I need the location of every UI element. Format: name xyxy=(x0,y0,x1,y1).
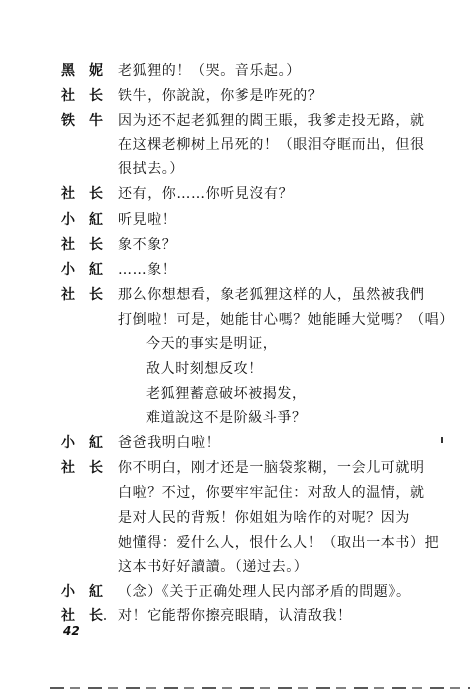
dialogue-text: 象不象？ xyxy=(118,234,176,256)
speaker-name-char: 长 xyxy=(89,284,105,306)
speaker-name-char: 紅 xyxy=(89,581,105,603)
book-page: 黑 妮 老狐狸的！（哭。音乐起。） 社 长 铁牛，你說說，你爹是咋死的？ 铁 牛… xyxy=(0,0,470,690)
speaker-name-char: 牛 xyxy=(89,110,105,132)
dialogue-text: 在这棵老柳树上吊死的！（眼泪夺眶而出，但很 xyxy=(118,134,425,156)
dialogue-text: （念）《关于正确处理人民内部矛盾的問題》。 xyxy=(118,581,411,603)
speaker-name-char: 小 xyxy=(61,432,77,454)
dialogue-text: 白啦？不过，你要牢牢記住：对敌人的温情，就 xyxy=(118,482,425,504)
speaker-name-char: 小 xyxy=(61,259,77,281)
song-lyric: 老狐狸蓄意破坏被揭发， xyxy=(146,383,307,405)
dialogue-text: 爸爸我明白啦！ xyxy=(118,432,220,454)
speaker-name-char: 铁 xyxy=(61,110,77,132)
speaker-name-char: 小 xyxy=(61,209,77,231)
speaker-name-char: 长 xyxy=(89,457,105,479)
dialogue-text: 因为还不起老狐狸的閻王賬，我爹走投无路，就 xyxy=(118,110,425,132)
song-lyric: 今天的事实是明证， xyxy=(146,333,277,355)
page-number: 42 xyxy=(63,624,80,638)
speaker-name-char: 紅 xyxy=(89,209,105,231)
speaker-name-char: 紅 xyxy=(89,432,105,454)
speaker-name-char: 妮 xyxy=(89,60,105,82)
speaker-name-char: 小 xyxy=(61,581,77,603)
dialogue-text: 她懂得：爱什么人，恨什么人！（取出一本书）把 xyxy=(118,532,439,554)
speaker-name-char: 社 xyxy=(61,234,77,256)
speaker-name-char: 长 xyxy=(89,85,105,107)
speaker-name-char: 黑 xyxy=(61,60,77,82)
margin-mark xyxy=(441,437,443,443)
speaker-name-char: 社 xyxy=(61,85,77,107)
speaker-name-char: 紅 xyxy=(89,259,105,281)
dialogue-text: 还有，你……你听見沒有？ xyxy=(118,183,293,205)
speaker-name-char: 长 xyxy=(89,234,105,256)
dialogue-text: 老狐狸的！（哭。音乐起。） xyxy=(118,60,301,82)
stage-direction-text: 很拭去。） xyxy=(118,158,184,180)
dialogue-text: 打倒啦！可是，她能甘心嗎？她能睡大觉嗎？（唱） xyxy=(118,309,454,331)
dialogue-text: 这本书好好讀讀。（递过去。） xyxy=(118,556,308,578)
speaker-name-char: 长 xyxy=(89,605,105,627)
speaker-name-char: 社 xyxy=(61,284,77,306)
speaker-name-char: 社 xyxy=(61,183,77,205)
song-lyric: 难道說这不是阶級斗爭？ xyxy=(146,407,307,429)
speaker-name-char: 长 xyxy=(89,183,105,205)
speaker-name-char: 社 xyxy=(61,457,77,479)
dialogue-text: 那么你想想看，象老狐狸这样的人，虽然被我們 xyxy=(118,284,425,306)
dialogue-text: 听見啦！ xyxy=(118,209,176,231)
dialogue-text: 是对人民的背叛！你姐姐为啥作的对呢？因为 xyxy=(118,507,410,529)
song-lyric: 敌人时刻想反攻！ xyxy=(146,358,263,380)
emphasis-dot-mark xyxy=(104,618,106,620)
scan-edge-artifact xyxy=(50,687,470,689)
dialogue-text: 对！它能帮你擦亮眼睛，认清敌我！ xyxy=(118,605,352,627)
dialogue-text: ……象！ xyxy=(118,259,176,281)
dialogue-text: 铁牛，你說說，你爹是咋死的？ xyxy=(118,85,322,107)
dialogue-text: 你不明白，刚才还是一脑袋浆糊，一会儿可就明 xyxy=(118,457,425,479)
